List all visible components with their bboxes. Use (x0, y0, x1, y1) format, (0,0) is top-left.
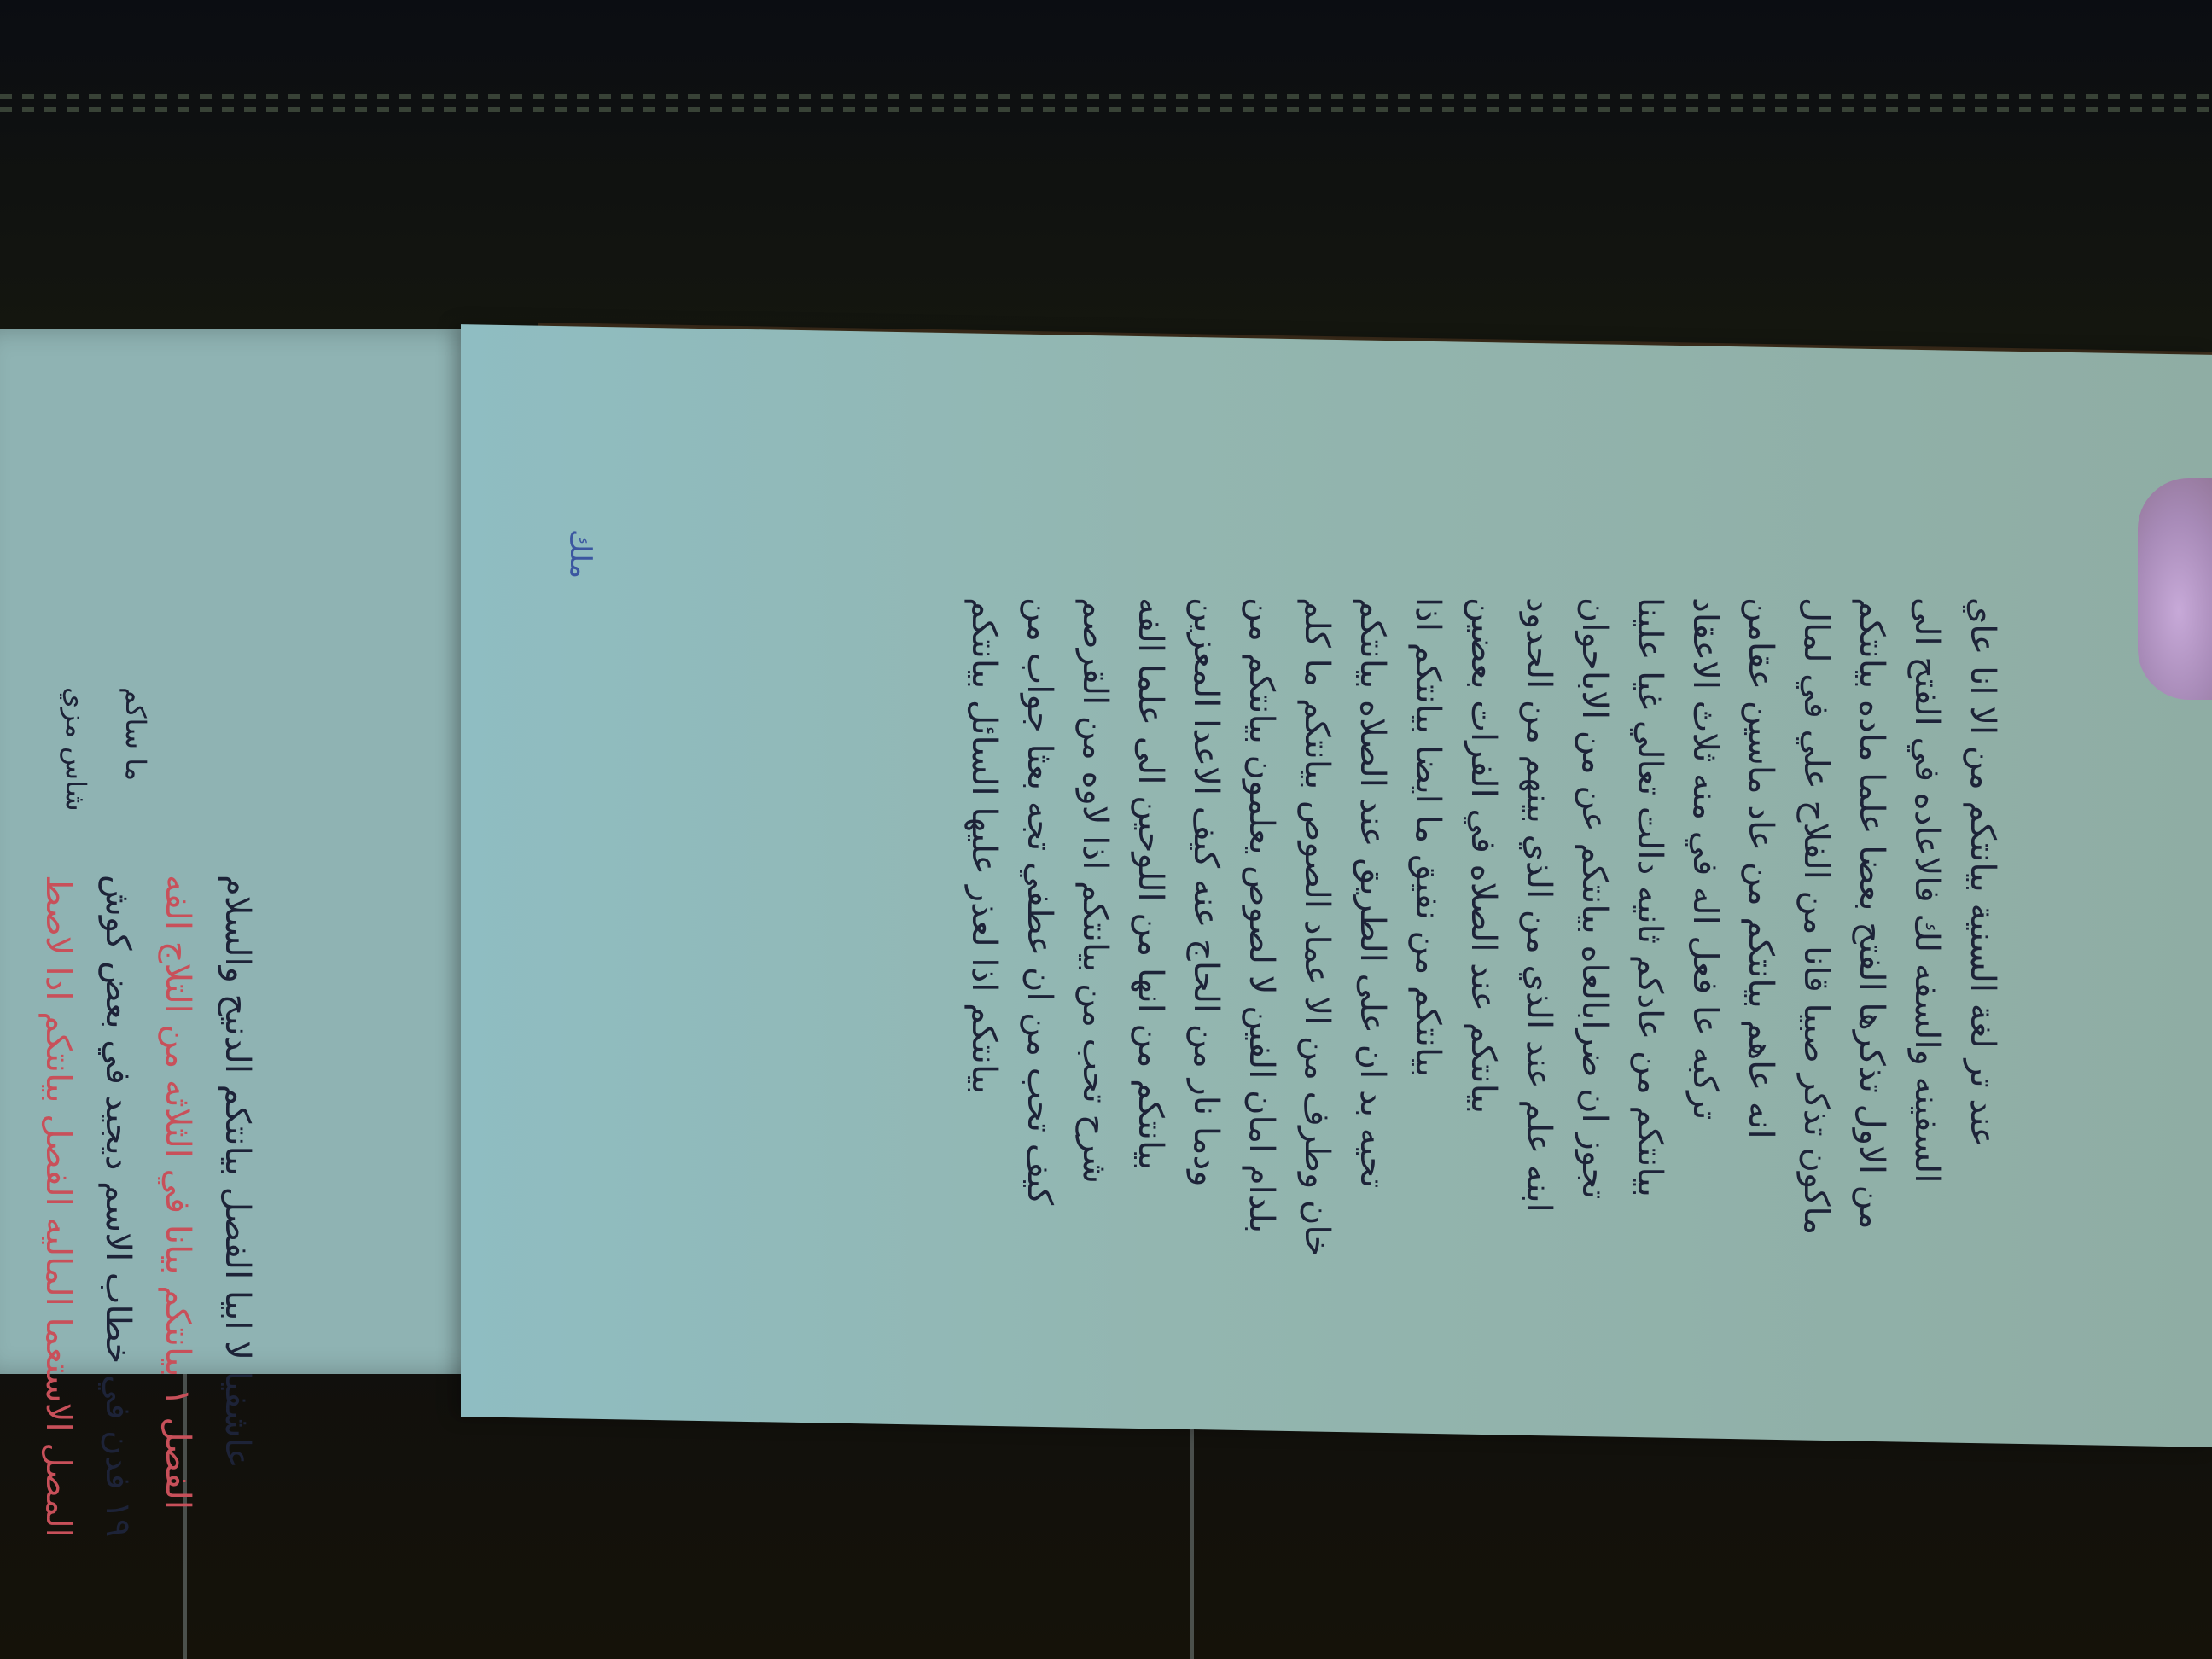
fingertip (2138, 478, 2212, 700)
left-line-rubric: المصل الاستعما الماليه الفصل بيانتكم ادا… (38, 875, 78, 1538)
margin-note: شاس مزي (60, 687, 92, 812)
manuscript-right-page (461, 324, 2212, 1447)
left-line-rubric: الفصل ١ بيانتكم بيانا في الثلاثه من التل… (158, 875, 197, 1510)
text-line: تحيه بد ان على الطريق عند الصلاه بيانتكم (1353, 597, 1392, 1188)
text-line: بيانتكم من انها من اللوحين الى علما الفه (1131, 597, 1170, 1170)
text-line: بلدام امان الفين لا لصوص يعلمون بيانتكم … (1242, 597, 1281, 1233)
text-line: ابنه علم عند الذي من الذي بينهم من الحدو… (1519, 597, 1558, 1213)
text-line: بيانتكم اذا لعذر عليها السائل بيانتكم (964, 597, 1004, 1094)
text-line: ودما نار من الحاج عنه كيف الاعدا المعزين (1186, 597, 1225, 1187)
text-line: خان وطرف من الا عماد الصوص بيانتكم ما كل… (1297, 597, 1336, 1256)
cloth-stitch-line (0, 107, 2212, 112)
text-line: تجوز ان ضرابالعاه بيانتكم عن من الاباحوا… (1575, 597, 1614, 1199)
margin-note: ما ساكم (119, 687, 152, 781)
catchword: ملك (563, 529, 597, 579)
text-line: السفينه والسفه لك فالاعاده في الفتح الى (1907, 597, 1947, 1183)
text-line: انه عاهم بيانتكم من عاد ماسين عقامن (1741, 597, 1780, 1139)
text-line: بيانتكم من عادكم ثانيه دالت تعالي غيا عل… (1630, 597, 1669, 1197)
text-line: بيانتكم من نفيق ما ايضا بيانتكم اذا (1408, 597, 1447, 1077)
text-line: من الاول تذكرها الفتح بعضا علما ماده بيا… (1852, 597, 1891, 1230)
text-line: تركبه عا فعل اله في منه ثلاث الاعقاد (1685, 597, 1725, 1120)
text-line: ماكون تذكر صبيا قانا من الفلاح علي في لم… (1796, 597, 1836, 1235)
text-line: بيانتكم عند الصلاه في الفرات بعضين (1464, 597, 1503, 1114)
left-line: ١٩ فدن في خطاب الاسم ديجيد في بعض كوش (98, 875, 137, 1537)
text-line: عند تر لغة السنية بيانتكم من الا انا عاي (1963, 597, 2002, 1147)
text-line: كيف تحب من ان عطفي تجه بعثا جواب من (1020, 597, 1059, 1205)
text-line: شرح تحب من بيانتكم اذا لاوه من القرصم (1075, 597, 1115, 1184)
cloth-stitch-line (0, 94, 2212, 99)
left-line: عاشفيا لا ابيا الفصل بيانتكم الدنيح والس… (218, 875, 257, 1469)
manuscript-left-page: عاشفيا لا ابيا الفصل بيانتكم الدنيح والس… (0, 329, 504, 1374)
